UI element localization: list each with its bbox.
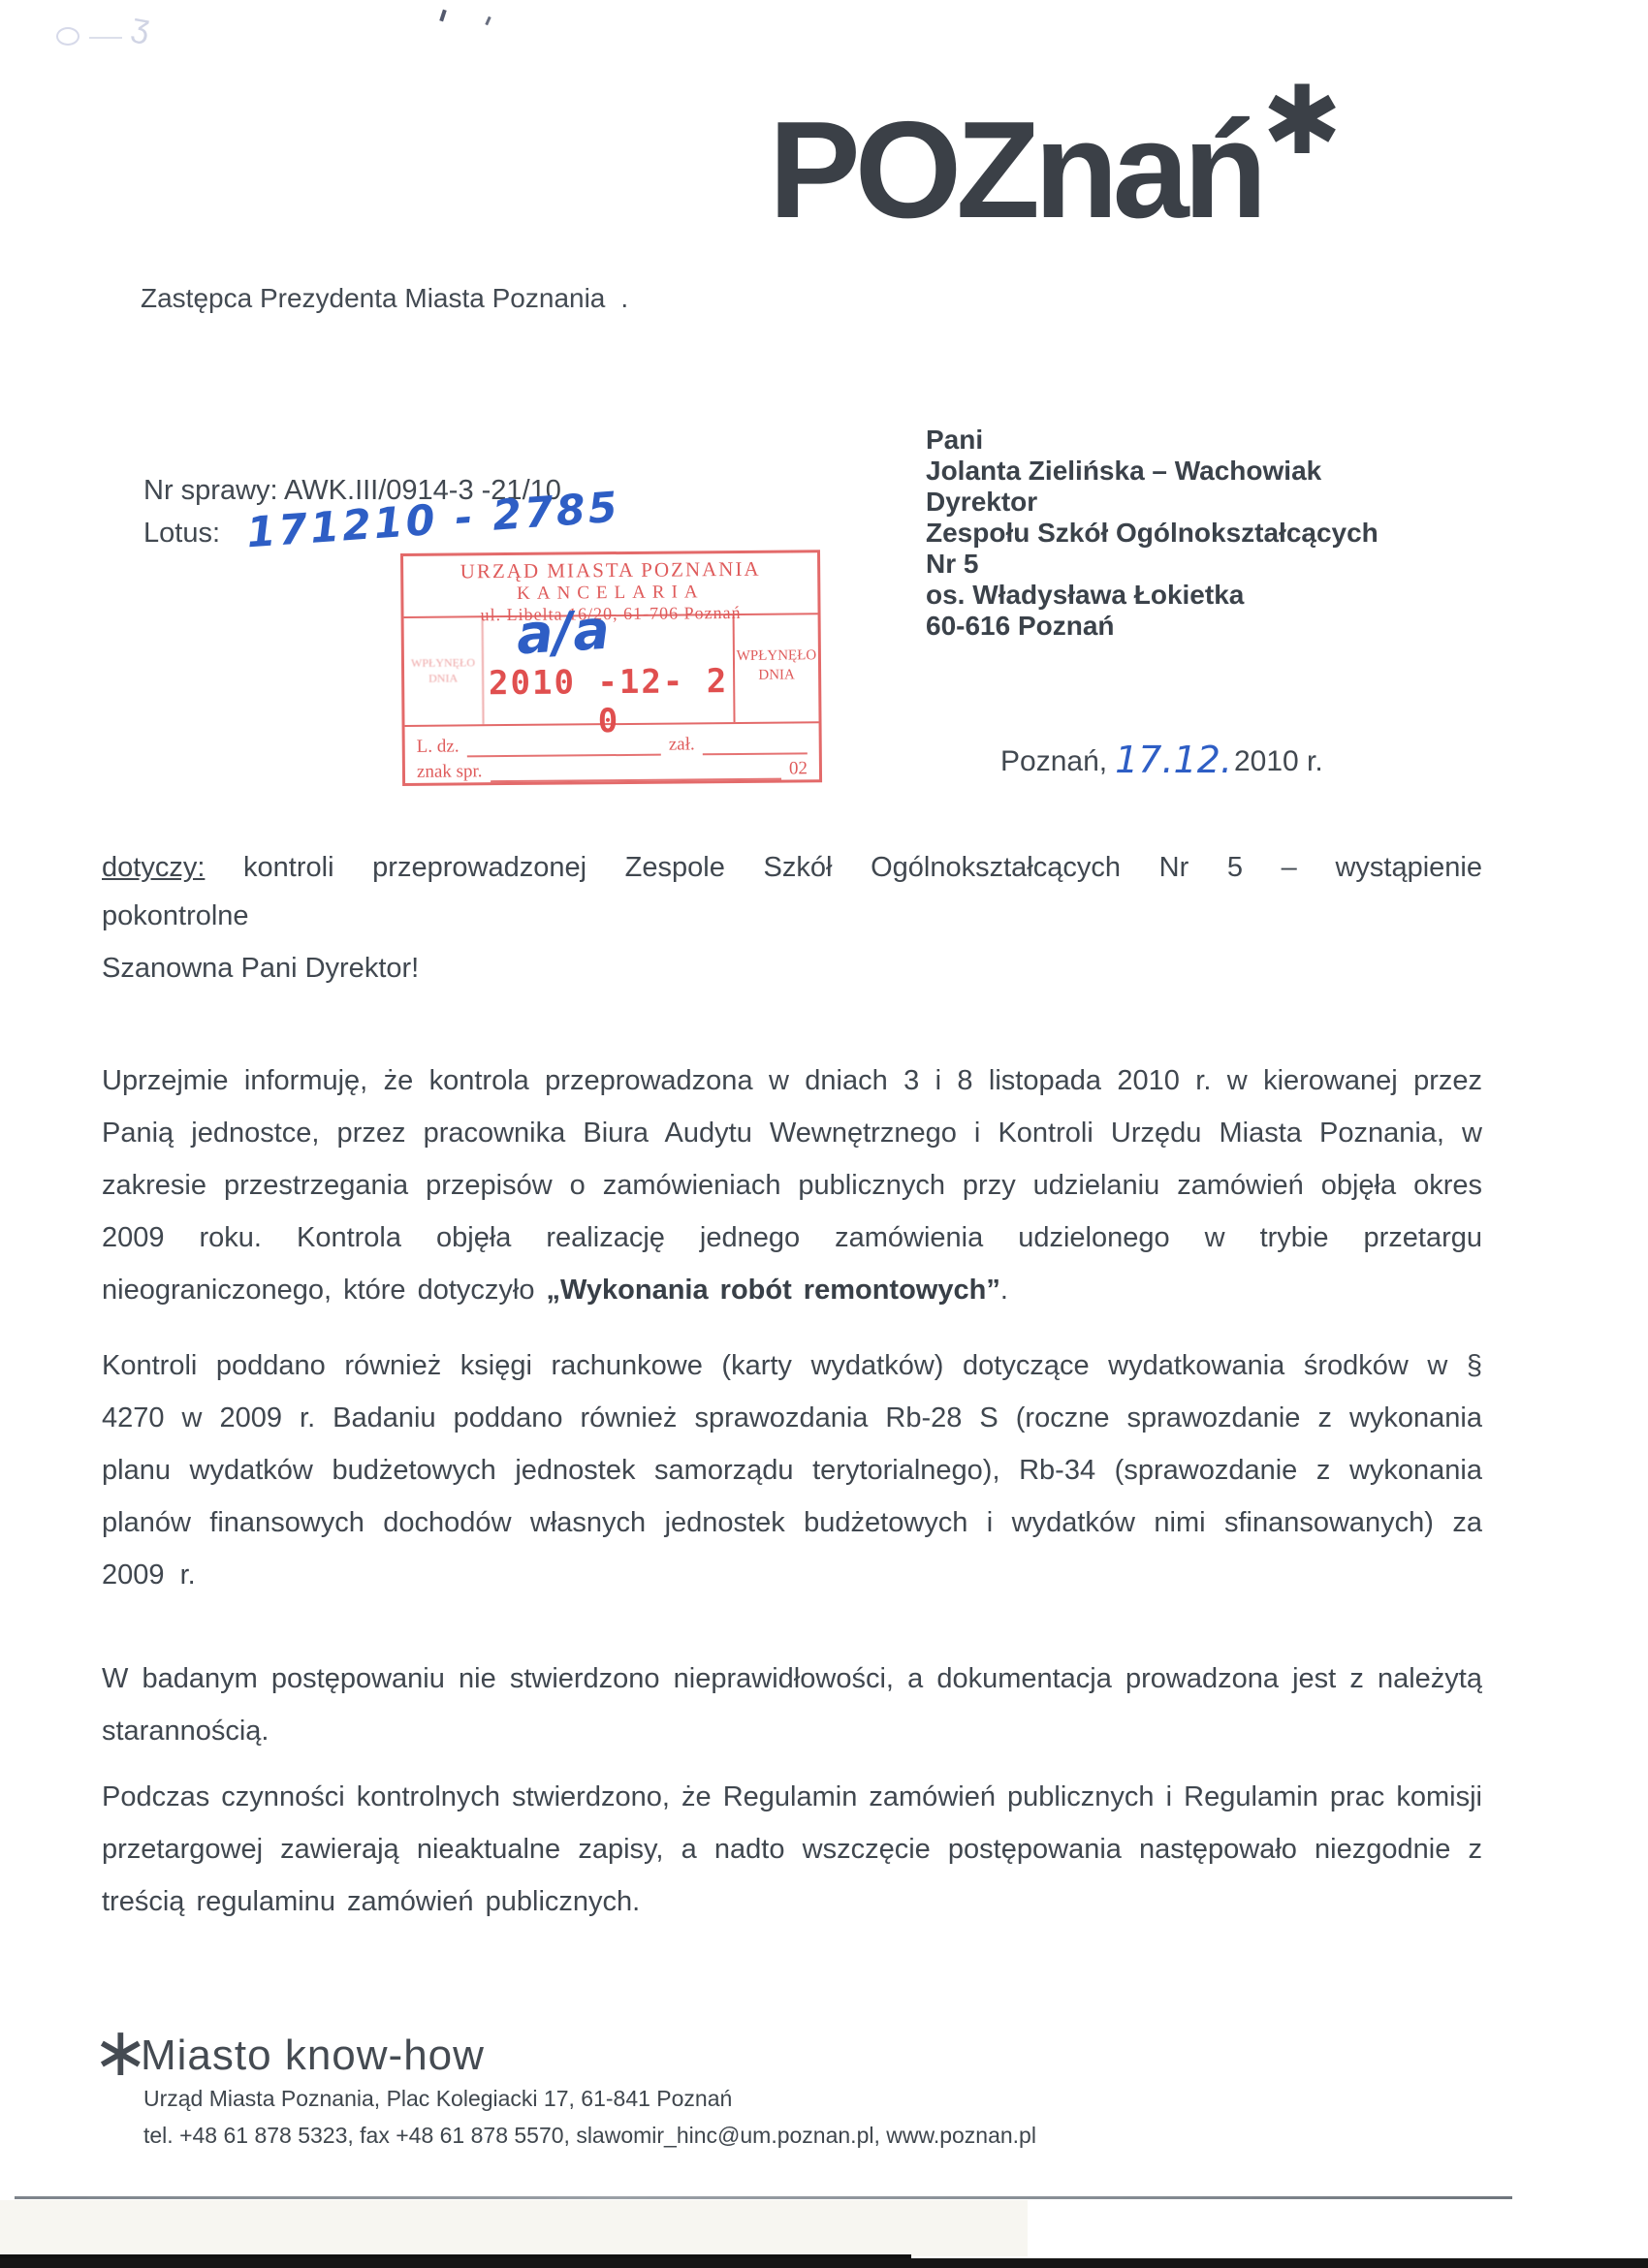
lotus-label: Lotus: [143,518,220,550]
scan-artifact [439,10,447,22]
recipient-line: Jolanta Zielińska – Wachowiak [926,456,1379,487]
subject-label: dotyczy: [102,852,205,883]
stamp-office-name: URZĄD MIASTA POZNANIA [403,556,817,584]
scan-artifact [485,16,491,25]
recipient-block: Pani Jolanta Zielińska – Wachowiak Dyrek… [926,425,1379,642]
footer-address-line-2: tel. +48 61 878 5323, fax +48 61 878 557… [143,2123,1036,2149]
recipient-line: Nr 5 [926,549,1379,580]
sender-title: Zastępca Prezydenta Miasta Poznania. [141,283,628,314]
stamp-ldz-label: L. dz. [417,736,460,757]
stamp-corner-number: 02 [789,758,808,779]
dateline: Poznań,17.12.2010 r. [1000,737,1323,779]
recipient-line: os. Władysława Łokietka [926,580,1379,611]
subject-line: dotyczy: kontroli przeprowadzonej Zespol… [102,843,1482,940]
scan-edge-strip [0,2200,1028,2256]
scan-artifact: ʒ [129,7,153,47]
stamp-znak-label: znak spr. [417,761,483,783]
stamp-fill-line [703,735,808,755]
stamp-received-label-faded: WPŁYNĘŁO DNIA [404,617,485,725]
scan-artifact [89,37,122,39]
registry-stamp: URZĄD MIASTA POZNANIA KANCELARIA ul. Lib… [400,550,822,786]
stamp-zal-label: zał. [669,734,695,755]
recipient-line: 60-616 Poznań [926,611,1379,642]
scan-bottom-bar [0,2258,1648,2268]
dateline-handwritten-date: 17.12. [1115,739,1232,781]
dateline-city: Poznań, [1000,745,1107,777]
scanned-letter-page: { "colors": { "text": "#40474f", "logo":… [0,0,1648,2268]
stamp-footer: L. dz. zał. znak spr. 02 [405,723,819,783]
stamp-header: URZĄD MIASTA POZNANIA KANCELARIA ul. Lib… [403,552,818,618]
stamp-received-label: WPŁYNĘŁO DNIA [735,614,819,722]
recipient-line: Dyrektor [926,487,1379,518]
dateline-year: 2010 r. [1234,745,1323,777]
stamp-date-cell: a/a 2010 -12- 2 0 [484,615,736,724]
body-paragraph-4: Podczas czynności kontrolnych stwierdzon… [102,1771,1482,1928]
recipient-line: Zespołu Szkół Ogólnokształcących [926,518,1379,549]
body-paragraph-3: W badanym postępowaniu nie stwierdzono n… [102,1653,1482,1757]
body-paragraph-1: Uprzejmie informuję, że kontrola przepro… [102,1055,1482,1316]
scan-edge-line [15,2196,1512,2199]
stamp-fill-line [490,761,781,783]
logo-asterisk-icon: ✱ [1262,74,1342,169]
bold-quoted-phrase: „Wykonania robót remontowych” [547,1275,1000,1306]
stray-dot: . [620,283,628,313]
scan-artifact [56,27,79,46]
stamp-fill-line [466,737,660,758]
footer-brand: Miasto know-how [141,2032,485,2080]
footer-address-line-1: Urząd Miasta Poznania, Plac Kolegiacki 1… [143,2086,732,2112]
stamp-handwritten-note: a/a [515,599,612,668]
body-paragraph-2: Kontroli poddano również księgi rachunko… [102,1339,1482,1601]
salutation: Szanowna Pani Dyrektor! [102,953,419,985]
stamp-middle-row: WPŁYNĘŁO DNIA a/a 2010 -12- 2 0 WPŁYNĘŁO… [404,614,819,727]
recipient-line: Pani [926,425,1379,456]
subject-text: kontroli przeprowadzonej Zespole Szkół O… [102,852,1482,931]
poznan-logo: POZnań [769,93,1261,248]
